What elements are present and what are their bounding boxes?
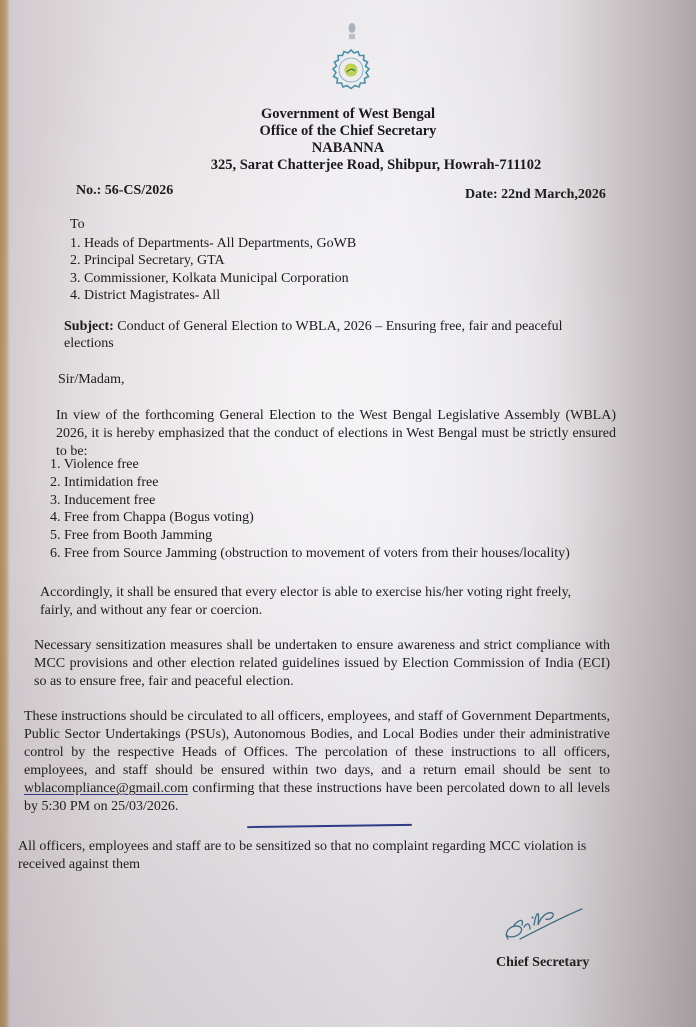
accordingly-paragraph: Accordingly, it shall be ensured that ev… <box>40 584 600 620</box>
subject-label: Subject: <box>64 319 114 334</box>
requirement-item: 6. Free from Source Jamming (obstruction… <box>50 545 570 563</box>
intro-paragraph: In view of the forthcoming General Elect… <box>56 407 616 461</box>
recipient-item: 4. District Magistrates- All <box>70 287 356 305</box>
requirement-item: 5. Free from Booth Jamming <box>50 527 570 545</box>
subject-text: Conduct of General Election to WBLA, 202… <box>64 319 563 351</box>
requirement-item: 2. Intimidation free <box>50 474 570 492</box>
requirements-list: 1. Violence free 2. Intimidation free 3.… <box>50 456 570 563</box>
closing-paragraph: All officers, employees and staff are to… <box>18 838 618 874</box>
reference-number: No.: 56-CS/2026 <box>76 183 173 199</box>
building-name: NABANNA <box>0 140 696 157</box>
compliance-email-link[interactable]: wblacompliance@gmail.com <box>24 781 188 796</box>
pen-underline <box>247 824 412 828</box>
letter-page: Government of West Bengal Office of the … <box>0 0 696 1027</box>
recipients-block: To 1. Heads of Departments- All Departme… <box>70 216 356 305</box>
instructions-text: These instructions should be circulated … <box>24 709 610 778</box>
recipient-item: 3. Commissioner, Kolkata Municipal Corpo… <box>70 270 356 288</box>
office-name: Office of the Chief Secretary <box>0 123 696 140</box>
requirement-item: 4. Free from Chappa (Bogus voting) <box>50 509 570 527</box>
signatory-title: Chief Secretary <box>496 955 589 971</box>
sensitization-paragraph: Necessary sensitization measures shall b… <box>34 637 610 691</box>
government-emblem-icon <box>328 48 374 94</box>
government-name: Government of West Bengal <box>0 106 696 123</box>
instructions-paragraph: These instructions should be circulated … <box>24 708 610 816</box>
letterhead: Government of West Bengal Office of the … <box>0 106 696 174</box>
ashoka-lion-icon <box>347 22 357 42</box>
subject-line: Subject: Conduct of General Election to … <box>64 318 604 352</box>
salutation: Sir/Madam, <box>58 372 125 388</box>
letter-date: Date: 22nd March,2026 <box>465 187 606 203</box>
signature-icon <box>500 895 590 945</box>
requirement-item: 3. Inducement free <box>50 492 570 510</box>
recipient-item: 1. Heads of Departments- All Departments… <box>70 235 356 253</box>
requirement-item: 1. Violence free <box>50 456 570 474</box>
recipients-heading: To <box>70 216 356 234</box>
recipient-item: 2. Principal Secretary, GTA <box>70 252 356 270</box>
office-address: 325, Sarat Chatterjee Road, Shibpur, How… <box>0 157 696 174</box>
